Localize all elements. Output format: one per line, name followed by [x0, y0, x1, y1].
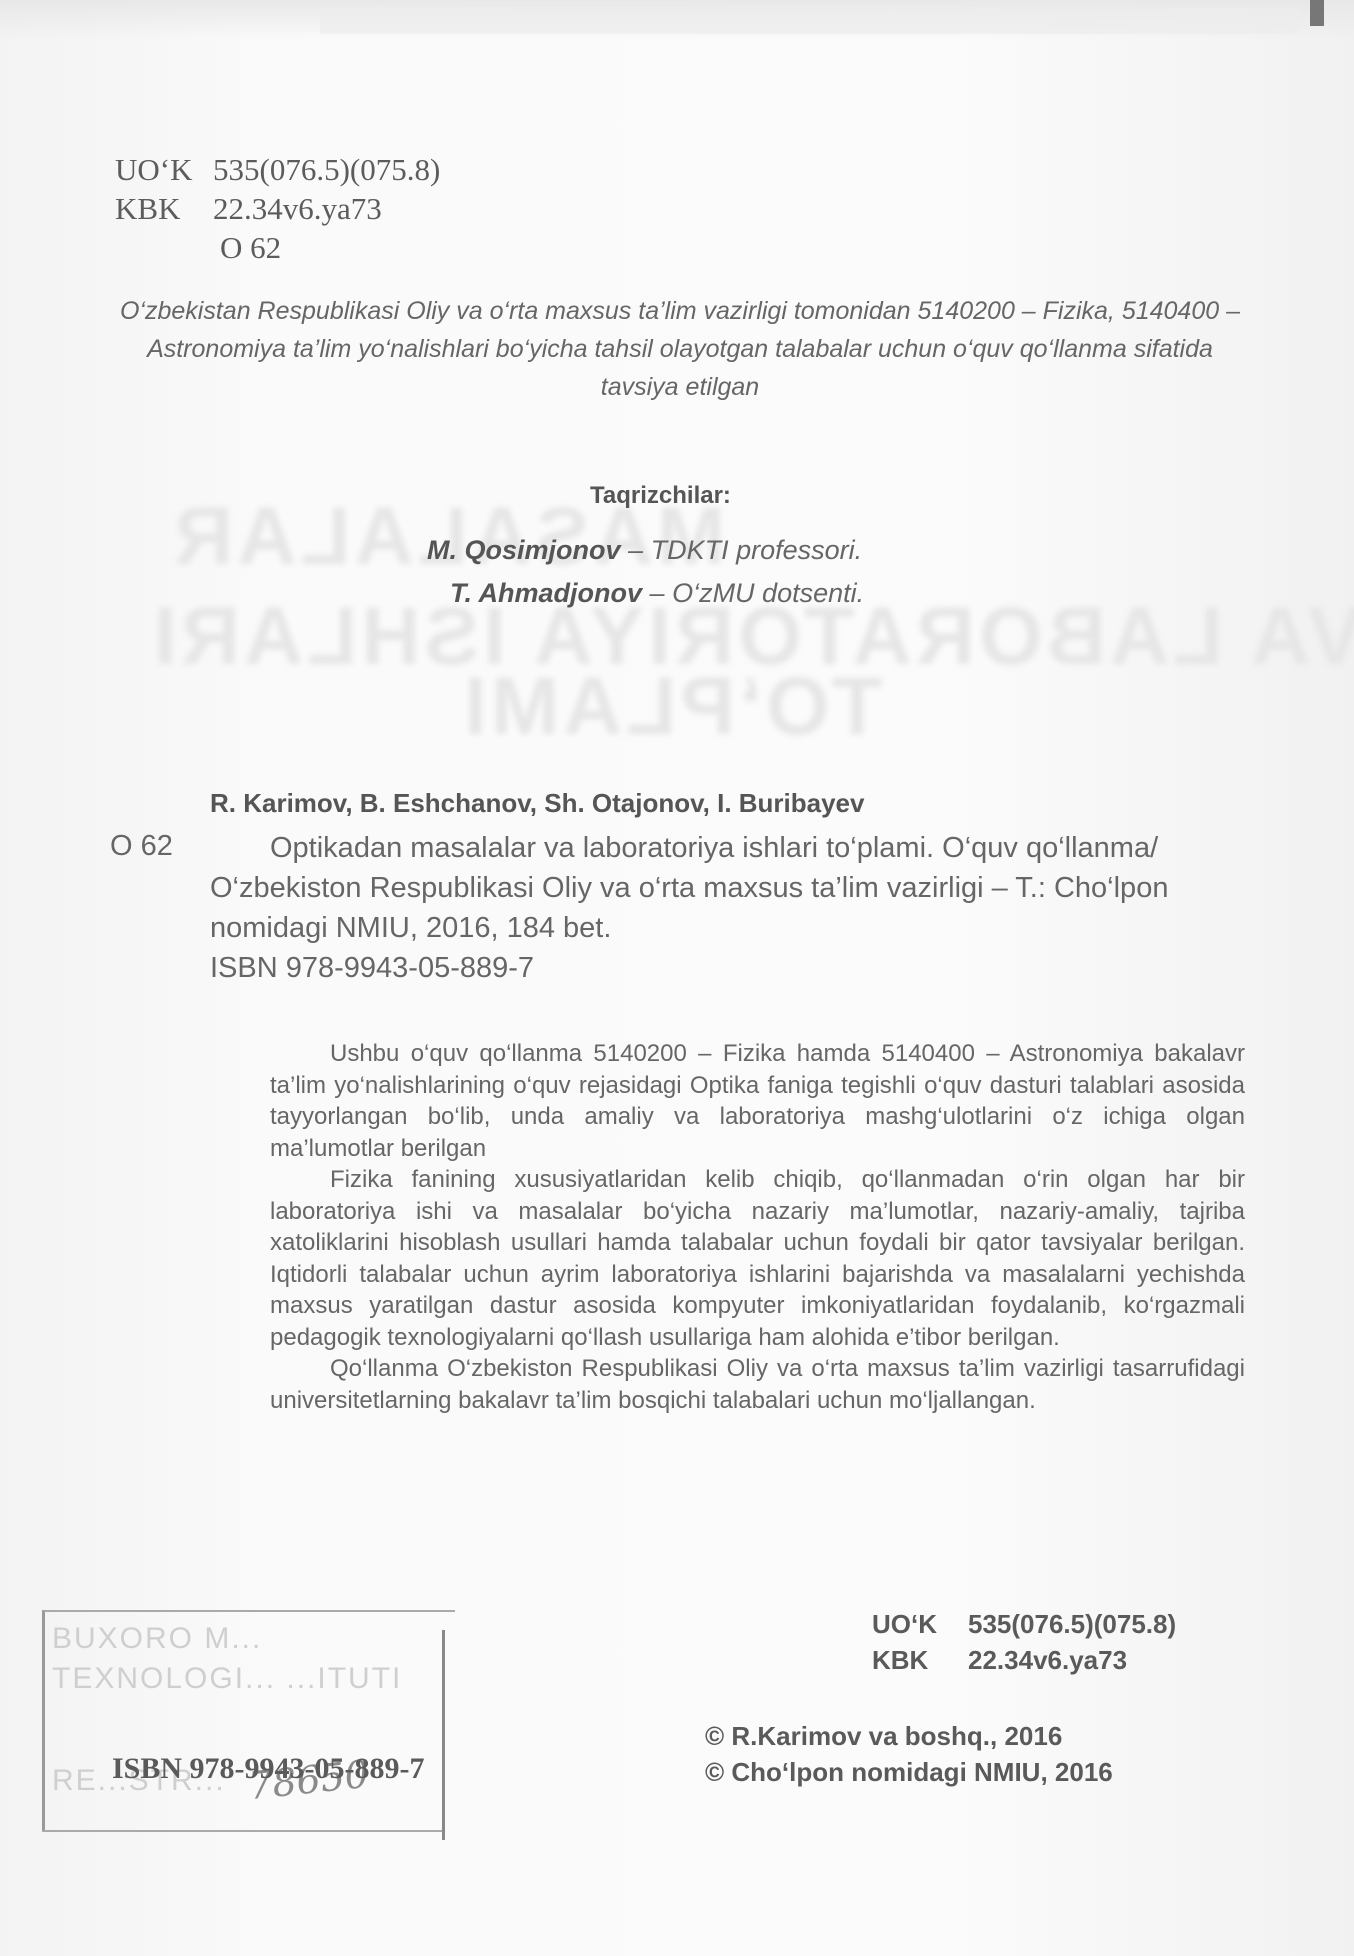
- stamp-text: BUXORO M...: [52, 1622, 262, 1656]
- endorsement-note: O‘zbekistan Respublikasi Oliy va o‘rta m…: [105, 292, 1255, 406]
- reviewer-role: TDKTI professori.: [651, 535, 863, 565]
- catalog-isbn: ISBN 978-9943-05-889-7: [210, 948, 1245, 988]
- catalog-authors: R. Karimov, B. Eshchanov, Sh. Otajonov, …: [210, 788, 864, 819]
- reviewer-dash: –: [628, 535, 643, 565]
- udc-label: UO‘K: [872, 1606, 968, 1642]
- annotation-paragraph: Fizika fanining xususiyatlaridan kelib c…: [270, 1164, 1245, 1353]
- book-page: MASALALAR VA LABORATORIYA ISHLARI TO‘PLA…: [0, 0, 1354, 1956]
- copyright-block: © R.Karimov va boshq., 2016 © Cho‘lpon n…: [705, 1718, 1113, 1790]
- reviewer-name: T. Ahmadjonov: [450, 578, 642, 608]
- annotation: Ushbu o‘quv qo‘llanma 5140200 – Fizika h…: [270, 1038, 1245, 1416]
- udc-label: UO‘K: [115, 150, 213, 189]
- annotation-paragraph: Qo‘llanma O‘zbekiston Respublikasi Oliy …: [270, 1353, 1245, 1416]
- reviewer: M. Qosimjonov – TDKTI professori.: [427, 535, 862, 566]
- reviewers-title: Taqrizchilar:: [590, 482, 731, 510]
- catalog-title: Optikadan masalalar va laboratoriya ishl…: [210, 832, 1168, 944]
- copyright-line: © Cho‘lpon nomidagi NMIU, 2016: [705, 1754, 1113, 1790]
- bbk-label: KBK: [115, 189, 213, 228]
- classification-header: UO‘K535(076.5)(075.8) KBK22.34v6.ya73 O …: [115, 150, 440, 267]
- author-sign: O 62: [115, 228, 440, 267]
- annotation-paragraph: Ushbu o‘quv qo‘llanma 5140200 – Fizika h…: [270, 1038, 1245, 1164]
- bbk-value: 22.34v6.ya73: [968, 1645, 1127, 1675]
- reviewer-role: O‘zMU dotsenti.: [672, 578, 864, 608]
- reviewer: T. Ahmadjonov – O‘zMU dotsenti.: [450, 578, 864, 609]
- scan-artifact: [320, 8, 1300, 34]
- copyright-line: © R.Karimov va boshq., 2016: [705, 1718, 1113, 1754]
- bbk-value: 22.34v6.ya73: [213, 191, 382, 226]
- scan-edge-mark: [1310, 0, 1324, 26]
- stamp-text: TEXNOLOGI... ...ITUTI: [52, 1662, 402, 1696]
- udc-value: 535(076.5)(075.8): [968, 1609, 1176, 1639]
- footer-isbn: ISBN 978-9943-05-889-7: [112, 1752, 425, 1786]
- reviewer-dash: –: [650, 578, 665, 608]
- udc-value: 535(076.5)(075.8): [213, 152, 440, 187]
- classification-footer: UO‘K535(076.5)(075.8) KBK22.34v6.ya73: [872, 1606, 1176, 1678]
- catalog-entry: Optikadan masalalar va laboratoriya ishl…: [210, 828, 1245, 988]
- stamp-border: [442, 1630, 445, 1840]
- reviewer-name: M. Qosimjonov: [427, 535, 621, 565]
- stamp-border: [42, 1830, 442, 1832]
- catalog-code: O 62: [110, 830, 173, 863]
- bbk-label: KBK: [872, 1642, 968, 1678]
- bleed-through-text: TO‘PLAMI: [460, 660, 882, 754]
